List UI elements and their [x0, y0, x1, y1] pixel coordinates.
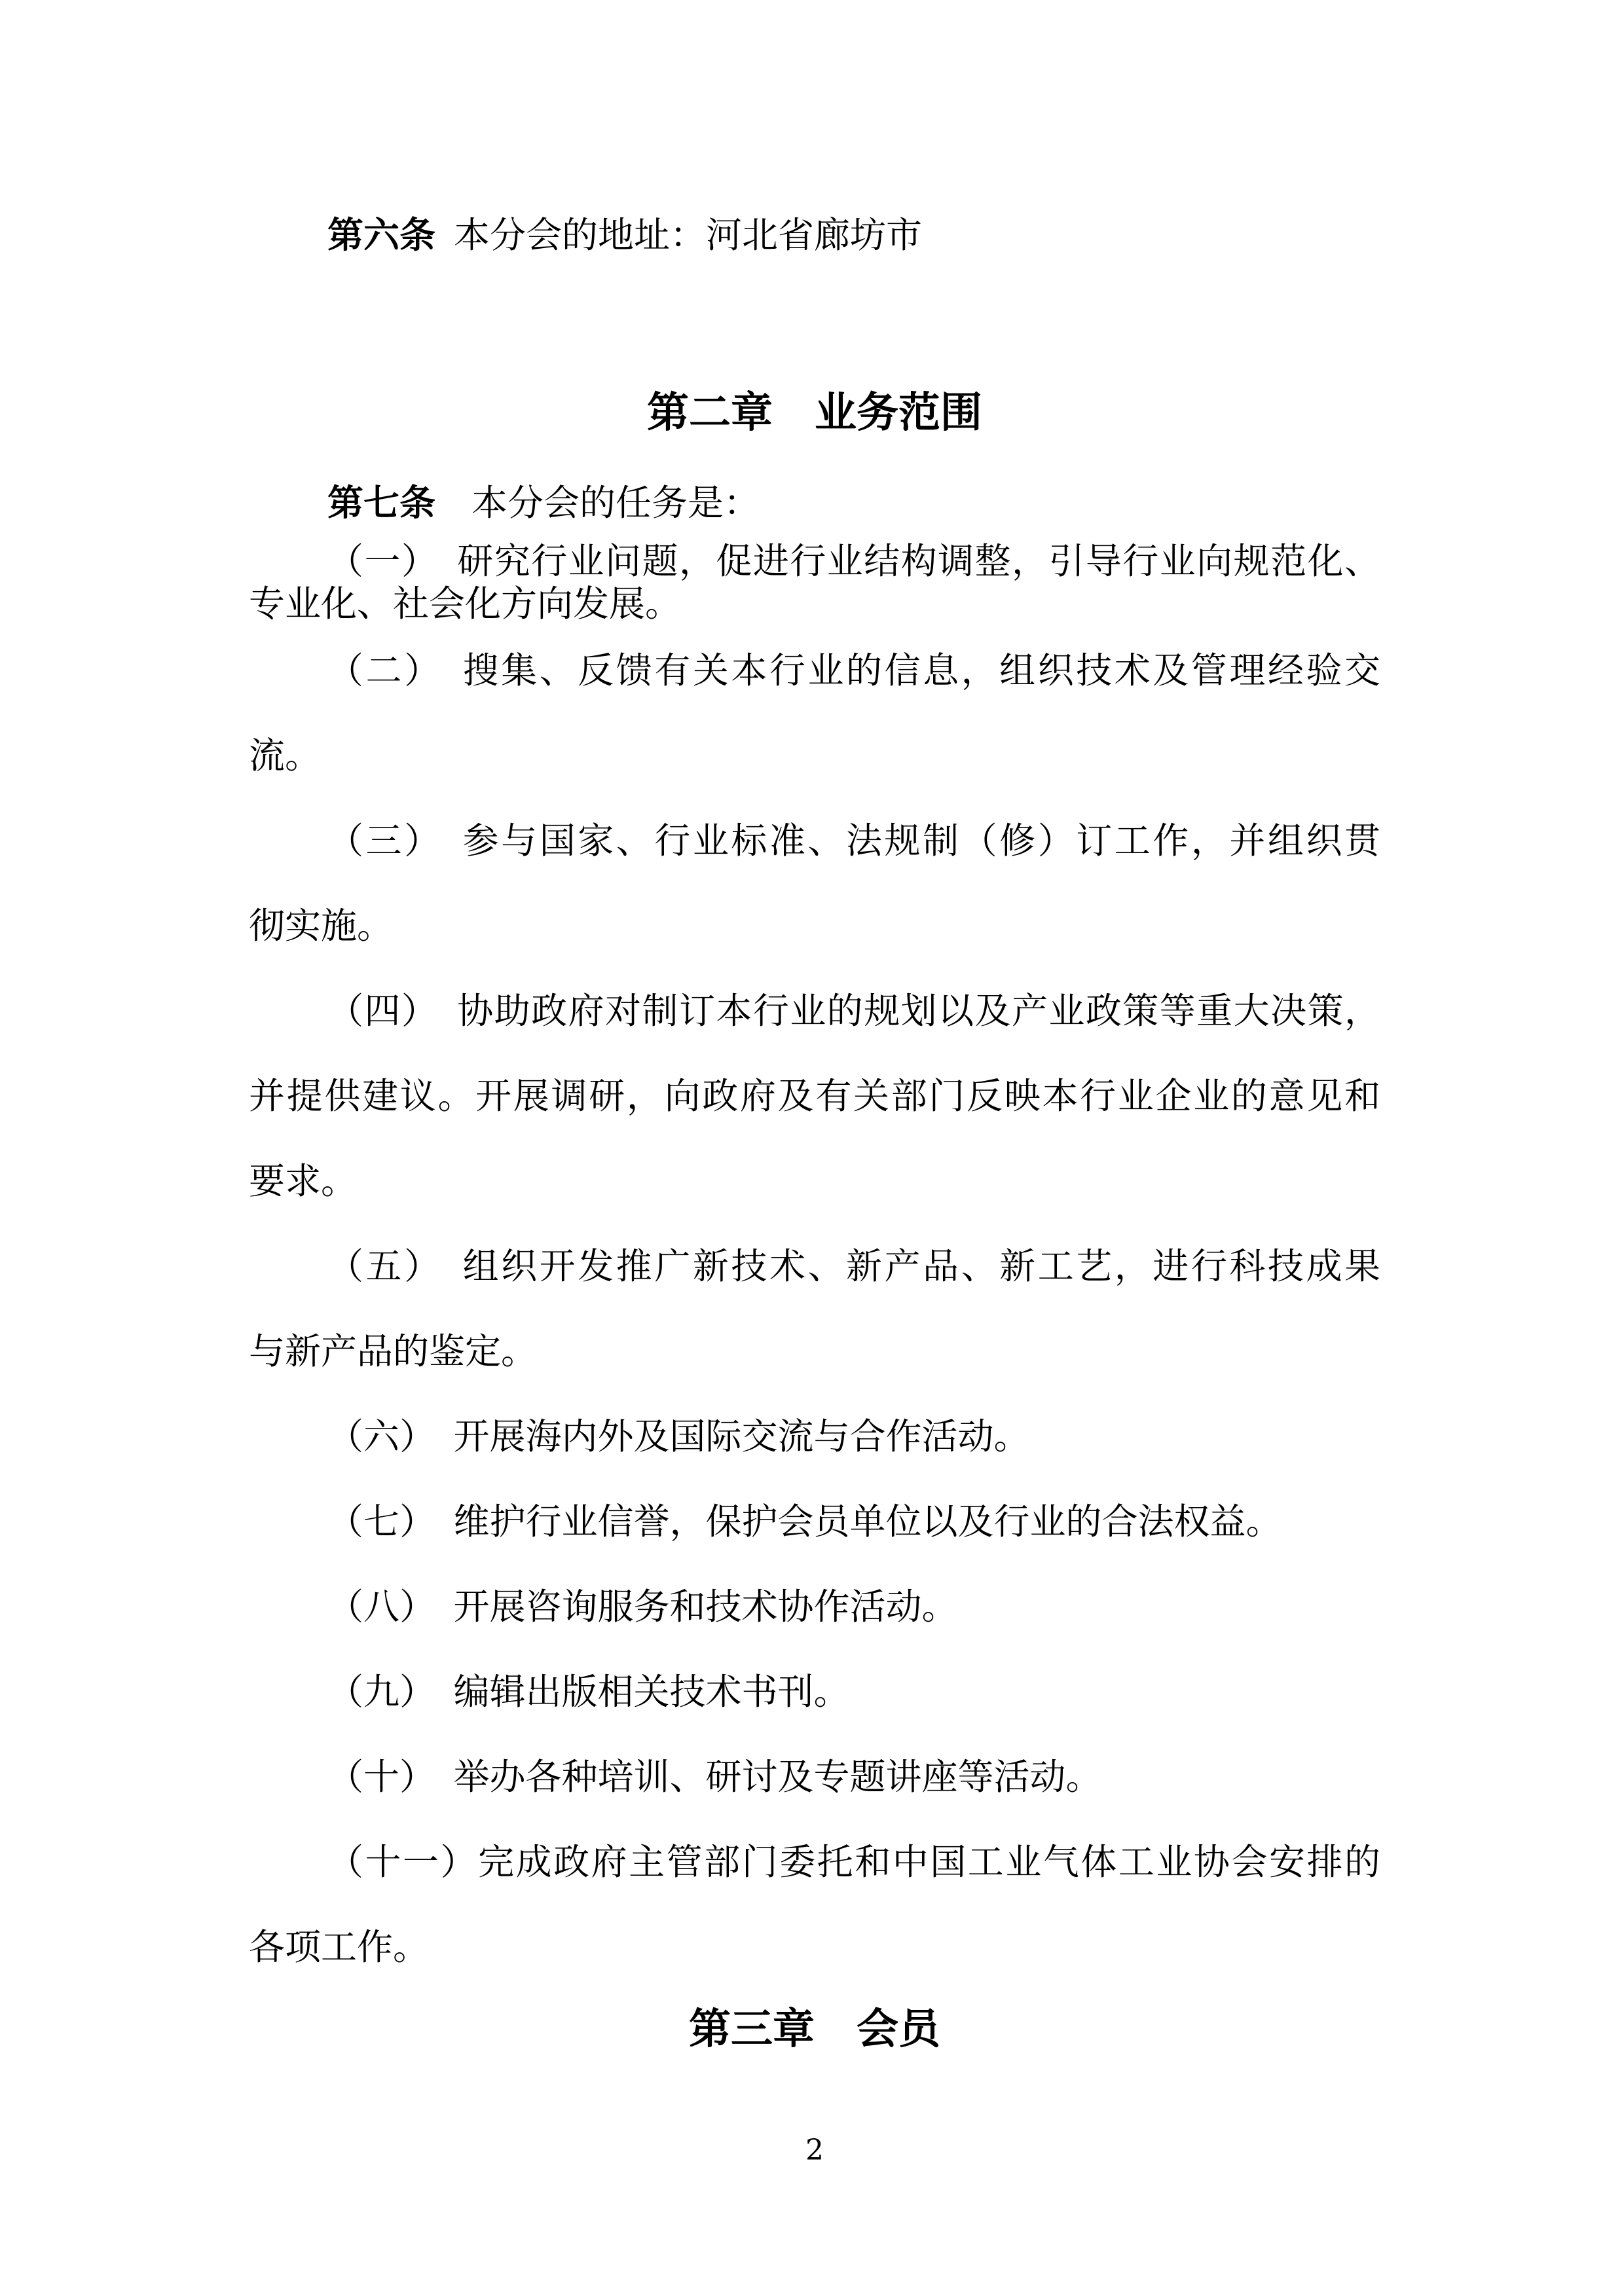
- task-7-line: （七） 维护行业信誉，保护会员单位以及行业的合法权益。: [249, 1501, 1380, 1543]
- task-1-line-1: （一） 研究行业问题，促进行业结构调整，引导行业向规范化、: [249, 540, 1380, 583]
- task-9-line: （九） 编辑出版相关技术书刊。: [249, 1671, 1380, 1713]
- article-6-text: 本分会的地址：河北省廊坊市: [454, 214, 922, 256]
- chapter-2-heading: 第二章 业务范围: [249, 387, 1380, 439]
- task-5-line-1: （五） 组织开发推广新技术、新产品、新工艺，进行科技成果: [249, 1245, 1380, 1288]
- article-7-text: 本分会的任务是：: [471, 482, 760, 524]
- document-page: 第六条本分会的地址：河北省廊坊市 第二章 业务范围 第七条本分会的任务是： （一…: [0, 0, 1624, 2296]
- article-6-label: 第六条: [327, 213, 435, 256]
- task-4-line-1: （四） 协助政府对制订本行业的规划以及产业政策等重大决策，: [249, 990, 1380, 1032]
- task-3-line-1: （三） 参与国家、行业标准、法规制（修）订工作，并组织贯: [249, 820, 1380, 862]
- task-5-line-2: 与新产品的鉴定。: [249, 1330, 1380, 1373]
- task-11-line-1: （十一）完成政府主管部门委托和中国工业气体工业协会安排的: [249, 1841, 1380, 1884]
- task-11-line-2: 各项工作。: [249, 1926, 1380, 1969]
- task-10-line: （十） 举办各种培训、研讨及专题讲座等活动。: [249, 1756, 1380, 1798]
- task-2-line-2: 流。: [249, 735, 1380, 777]
- task-8-line: （八） 开展咨询服务和技术协作活动。: [249, 1586, 1380, 1628]
- document-content: 第六条本分会的地址：河北省廊坊市 第二章 业务范围 第七条本分会的任务是： （一…: [0, 0, 1624, 2172]
- task-1-line-2: 专业化、社会化方向发展。: [249, 583, 1380, 625]
- article-7-label: 第七条: [327, 481, 435, 524]
- article-6-line: 第六条本分会的地址：河北省廊坊市: [249, 213, 1380, 256]
- task-3-line-2: 彻实施。: [249, 905, 1380, 947]
- task-4-line-2: 并提供建议。开展调研，向政府及有关部门反映本行业企业的意见和: [249, 1075, 1380, 1118]
- chapter-3-heading: 第三章 会员: [249, 2003, 1380, 2056]
- page-number: 2: [249, 2129, 1380, 2172]
- task-2-line-1: （二） 搜集、反馈有关本行业的信息，组织技术及管理经验交: [249, 649, 1380, 692]
- task-4-line-3: 要求。: [249, 1160, 1380, 1203]
- task-6-line: （六） 开展海内外及国际交流与合作活动。: [249, 1415, 1380, 1458]
- article-7-line: 第七条本分会的任务是：: [249, 481, 1380, 524]
